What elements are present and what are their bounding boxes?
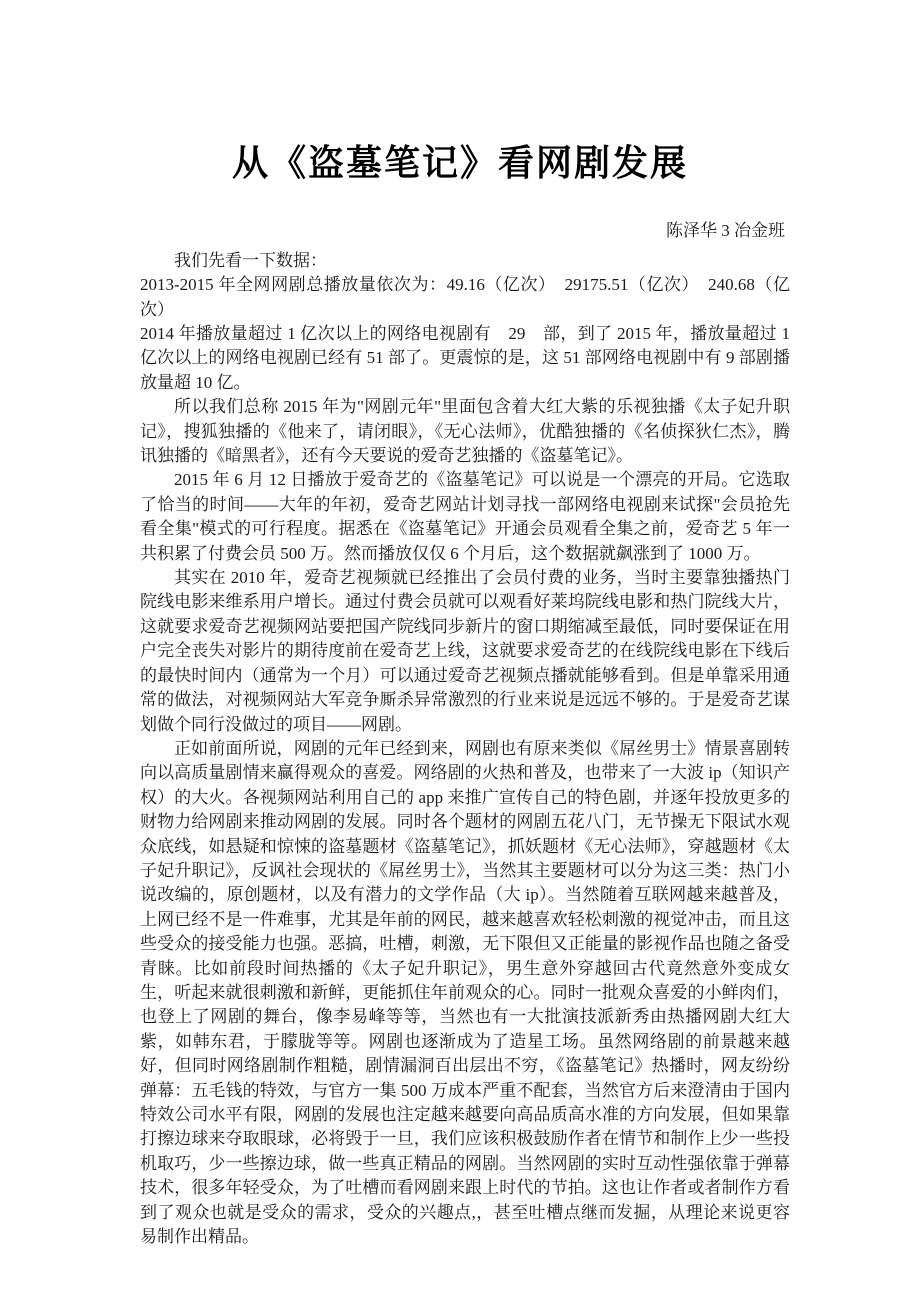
paragraph-daomubiji-launch: 2015 年 6 月 12 日播放于爱奇艺的《盗墓笔记》可以说是一个漂亮的开局。…: [140, 468, 790, 566]
paragraph-drama-counts: 2014 年播放量超过 1 亿次以上的网络电视剧有 29 部，到了 2015 年…: [140, 322, 790, 395]
paragraph-webdrama-first-year: 所以我们总称 2015 年为"网剧元年"里面包含着大红大紫的乐视独播《太子妃升职…: [140, 395, 790, 468]
document-page: 从《盗墓笔记》看网剧发展 陈泽华 3 冶金班 我们先看一下数据： 2013-20…: [0, 0, 920, 1302]
paragraph-iqiyi-membership: 其实在 2010 年，爱奇艺视频就已经推出了会员付费的业务，当时主要靠独播热门院…: [140, 566, 790, 737]
paragraph-data-intro: 我们先看一下数据：: [140, 249, 790, 273]
paragraph-webdrama-trend-analysis: 正如前面所说，网剧的元年已经到来，网剧也有原来类似《屌丝男士》情景喜剧转向以高质…: [140, 737, 790, 1250]
document-body: 我们先看一下数据： 2013-2015 年全网网剧总播放量依次为：49.16（亿…: [140, 249, 790, 1250]
document-title: 从《盗墓笔记》看网剧发展: [0, 0, 920, 187]
author-byline: 陈泽华 3 冶金班: [140, 219, 785, 243]
paragraph-playcount-stats: 2013-2015 年全网网剧总播放量依次为：49.16（亿次） 29175.5…: [140, 273, 790, 322]
